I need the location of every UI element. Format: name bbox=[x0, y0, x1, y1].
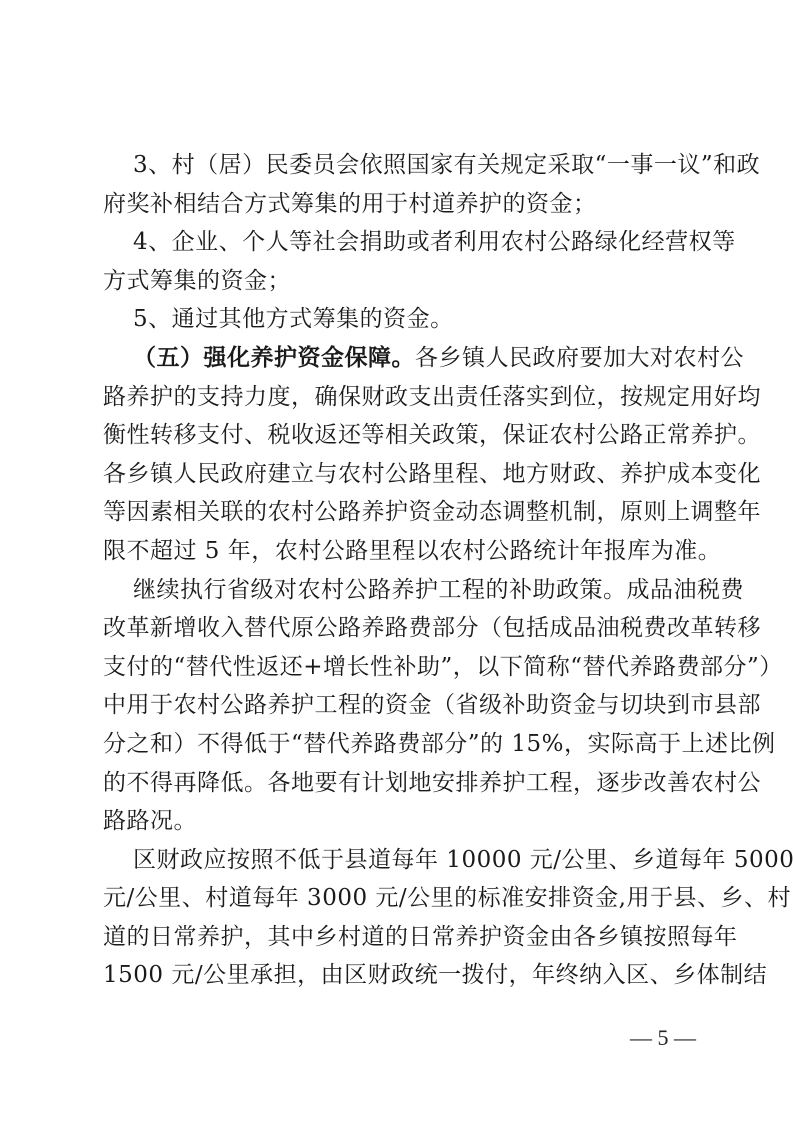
text-line: 1500 元/公里承担，由区财政统一拨付，年终纳入区、乡体制结 bbox=[103, 956, 693, 995]
text-line: 路养护的支持力度，确保财政支出责任落实到位，按规定用好均 bbox=[103, 378, 693, 417]
text-line: 限不超过 5 年，农村公路里程以农村公路统计年报库为准。 bbox=[103, 532, 693, 571]
text-line: 元/公里、村道每年 3000 元/公里的标准安排资金,用于县、乡、村 bbox=[103, 879, 693, 918]
section-heading: （五）强化养护资金保障。 bbox=[133, 344, 415, 371]
text-line: 道的日常养护，其中乡村道的日常养护资金由各乡镇按照每年 bbox=[103, 918, 693, 957]
text-line: 区财政应按照不低于县道每年 10000 元/公里、乡道每年 5000 bbox=[103, 841, 693, 880]
text-line: 路路况。 bbox=[103, 802, 693, 841]
text-line: 继续执行省级对农村公路养护工程的补助政策。成品油税费 bbox=[103, 571, 693, 610]
text-line: 5、通过其他方式筹集的资金。 bbox=[103, 300, 693, 339]
page-number: — 5 — bbox=[630, 1025, 696, 1051]
text-line: 等因素相关联的农村公路养护资金动态调整机制，原则上调整年 bbox=[103, 493, 693, 532]
text-line: 方式筹集的资金； bbox=[103, 262, 693, 301]
text-line: 府奖补相结合方式筹集的用于村道养护的资金； bbox=[103, 185, 693, 224]
text-line: 分之和）不得低于“替代养路费部分”的 15%，实际高于上述比例 bbox=[103, 725, 693, 764]
text-line: 衡性转移支付、税收返还等相关政策，保证农村公路正常养护。 bbox=[103, 416, 693, 455]
text-line: 各乡镇人民政府建立与农村公路里程、地方财政、养护成本变化 bbox=[103, 455, 693, 494]
text-line: 支付的“替代性返还+增长性补助”，以下简称“替代养路费部分”） bbox=[103, 648, 693, 687]
text-line: 的不得再降低。各地要有计划地安排养护工程，逐步改善农村公 bbox=[103, 764, 693, 803]
document-body: 3、村（居）民委员会依照国家有关规定采取“一事一议”和政 府奖补相结合方式筹集的… bbox=[103, 146, 693, 995]
text-line: 改革新增收入替代原公路养路费部分（包括成品油税费改革转移 bbox=[103, 609, 693, 648]
section-heading-line: （五）强化养护资金保障。各乡镇人民政府要加大对农村公 bbox=[103, 339, 693, 378]
text-line: 中用于农村公路养护工程的资金（省级补助资金与切块到市县部 bbox=[103, 686, 693, 725]
text-line: 4、企业、个人等社会捐助或者利用农村公路绿化经营权等 bbox=[103, 223, 693, 262]
text-line: 3、村（居）民委员会依照国家有关规定采取“一事一议”和政 bbox=[103, 146, 693, 185]
